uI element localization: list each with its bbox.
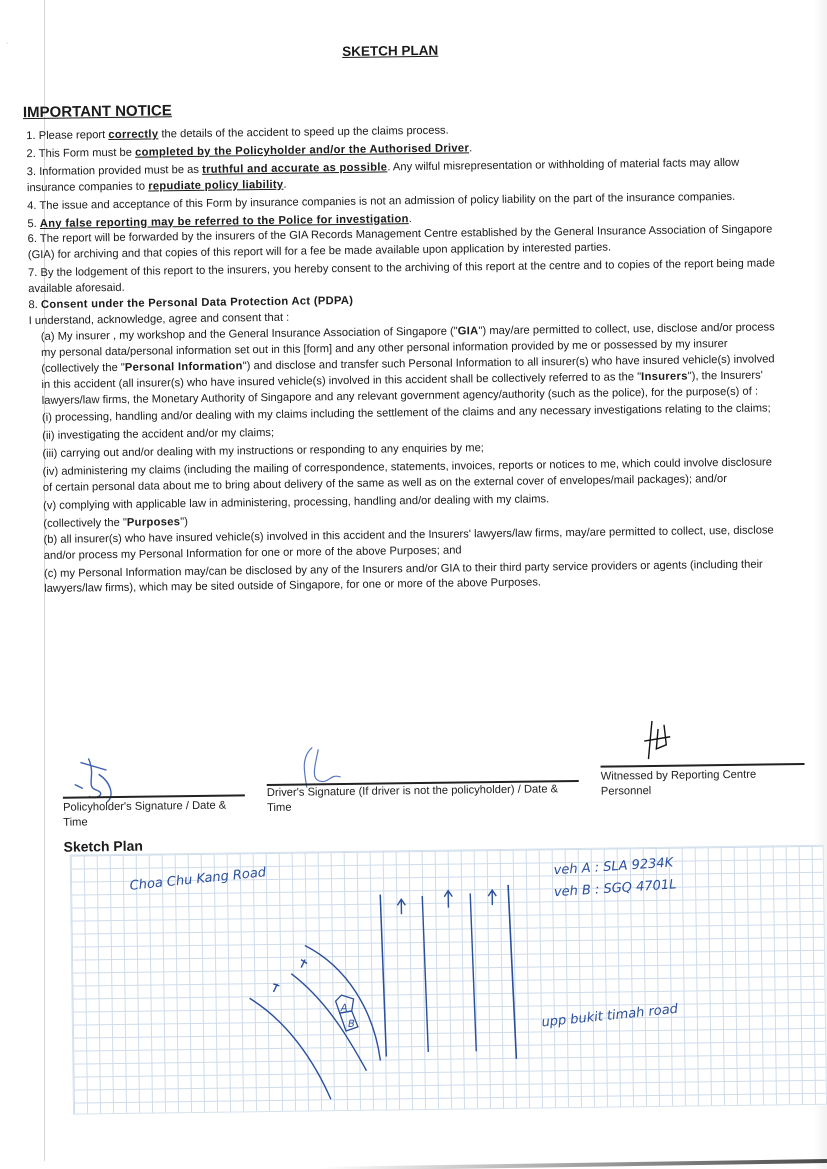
curve-road-edge-1 [250,997,331,1100]
lane-arrow-3 [488,890,496,905]
lane-line-3 [470,893,476,1051]
svg-text:B: B [348,1019,355,1030]
scanned-page: · SKETCH PLAN IMPORTANT NOTICE 1. Please… [0,0,827,1169]
vehicle-b-plate: veh B : SGQ 4701L [554,877,677,900]
lane-arrow-1 [397,899,405,914]
lane-line-1 [380,895,386,1057]
lane-line-2 [422,896,428,1052]
vehicle-a-plate: veh A : SLA 9234K [553,855,675,878]
lane-arrow-2 [444,891,452,908]
accident-sketch: A B Choa Chu Kang Road veh A : SLA 9234K… [0,0,827,1169]
road-label-upper-bukit-timah: upp bukit timah road [541,1002,680,1031]
road-label-choa-chu-kang: Choa Chu Kang Road [129,865,267,894]
page-content: SKETCH PLAN IMPORTANT NOTICE 1. Please r… [0,0,827,1169]
lane-line-4 [508,885,516,1059]
curve-arrow-1 [273,984,279,992]
curve-road-edge-2 [291,973,366,1072]
curve-arrow-2 [301,960,307,968]
